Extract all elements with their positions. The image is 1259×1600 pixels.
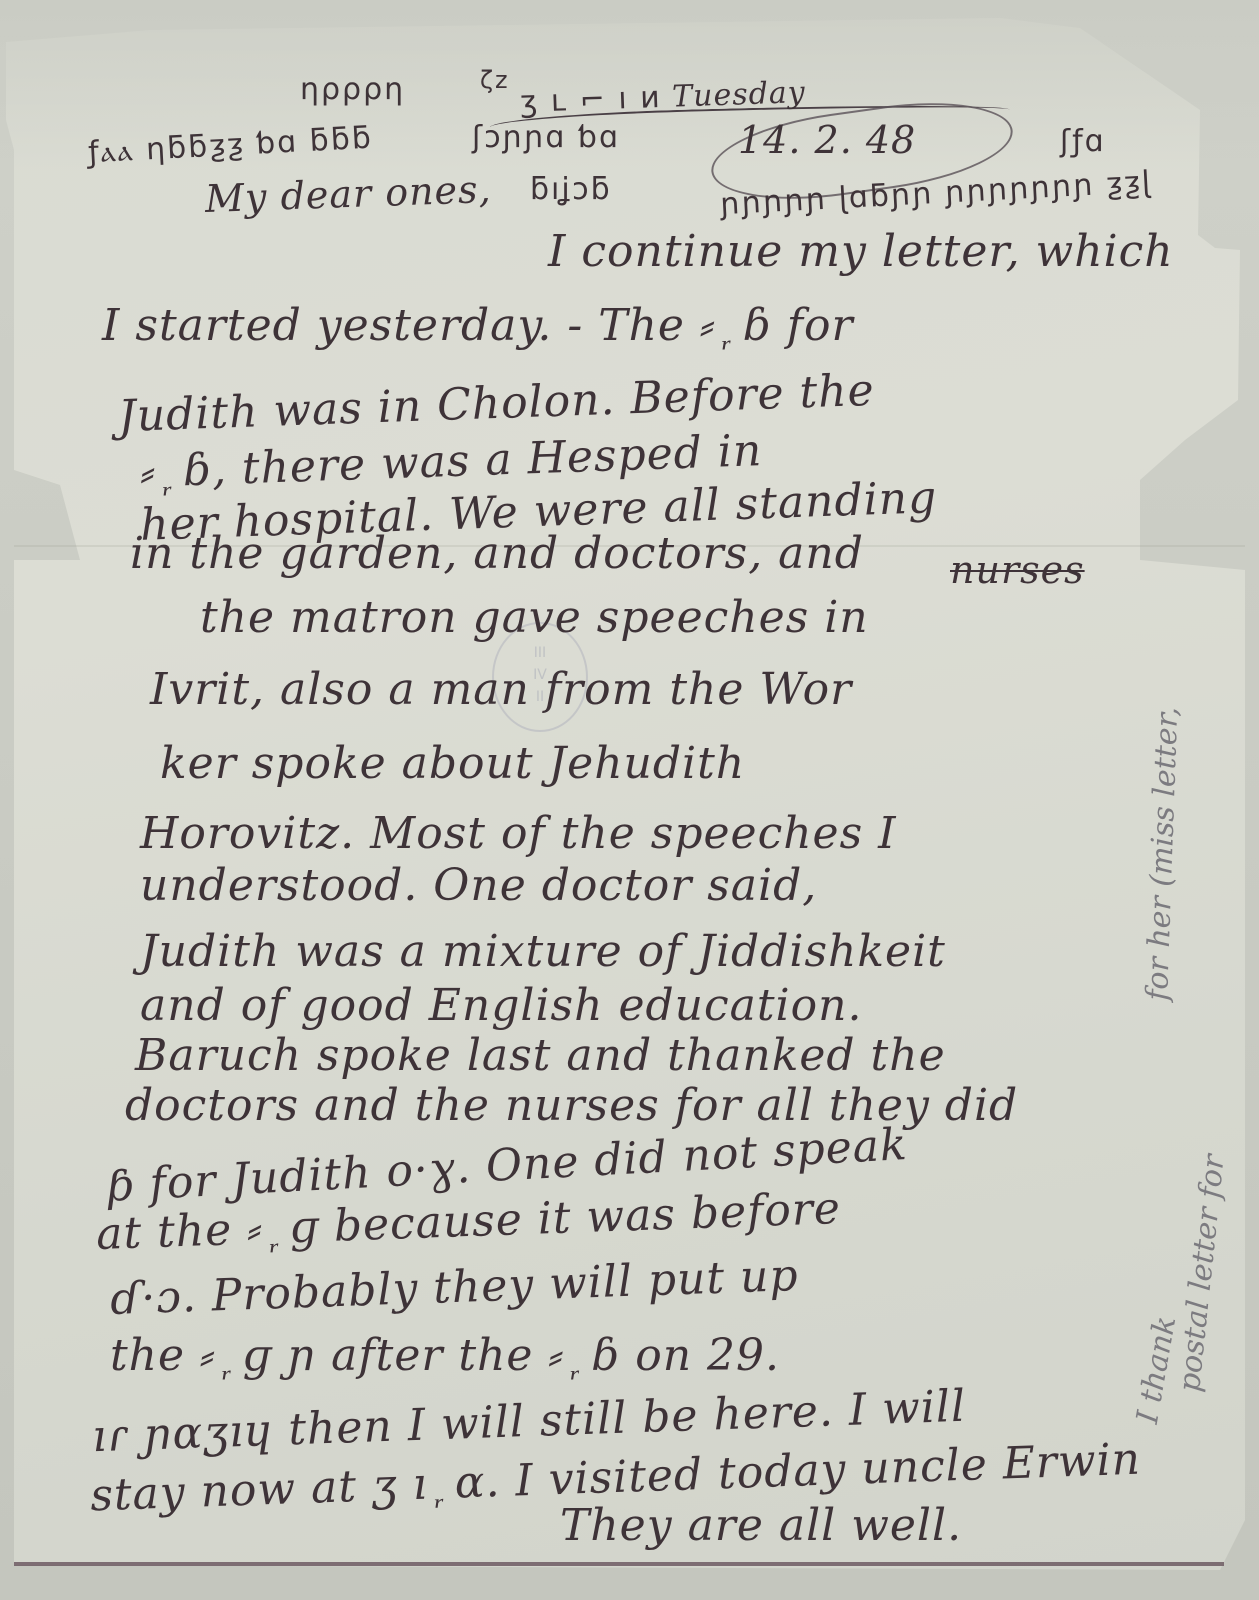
body-line: Judith was a mixture of Jiddishkeit xyxy=(140,926,946,977)
header-right-script: ʃƒɑ xyxy=(1060,124,1106,159)
body-line: Horovitz. Most of the speeches I xyxy=(140,808,897,859)
salutation-script: ƃıʝɔƃ xyxy=(530,172,612,207)
stamp-line: III xyxy=(494,642,586,664)
body-line: Ivrit, also a man from the Wor xyxy=(150,664,852,715)
body-line: ker spoke about Jehudith xyxy=(160,738,745,789)
paper-bottom-edge xyxy=(14,1562,1224,1566)
header-middle-script: ʃɔɲɲɑ ƅɑ xyxy=(472,120,620,155)
struck-word: nurses xyxy=(950,548,1085,592)
body-line-closing: They are all well. xyxy=(560,1500,962,1551)
letter-date: 14. 2. 48 xyxy=(738,118,916,162)
body-line: I continue my letter, which xyxy=(548,226,1174,277)
header-script-top: ηρρρη xyxy=(300,72,405,107)
body-line: the matron gave speeches in xyxy=(200,592,869,643)
body-line: and of good English education. xyxy=(140,980,862,1031)
body-line: the ⸗ ᷊ ɡ ɲ after the ⸗ ᷊ ɓ on 29. xyxy=(110,1330,780,1381)
header-script-mark: ζz xyxy=(480,66,510,94)
body-line: I started yesterday. - The ⸗ ᷊ ɓ for xyxy=(102,300,854,351)
body-line: in the garden, and doctors, and xyxy=(130,528,864,579)
body-line: understood. One doctor said, xyxy=(140,860,817,911)
body-line: Baruch spoke last and thanked the xyxy=(135,1030,946,1081)
